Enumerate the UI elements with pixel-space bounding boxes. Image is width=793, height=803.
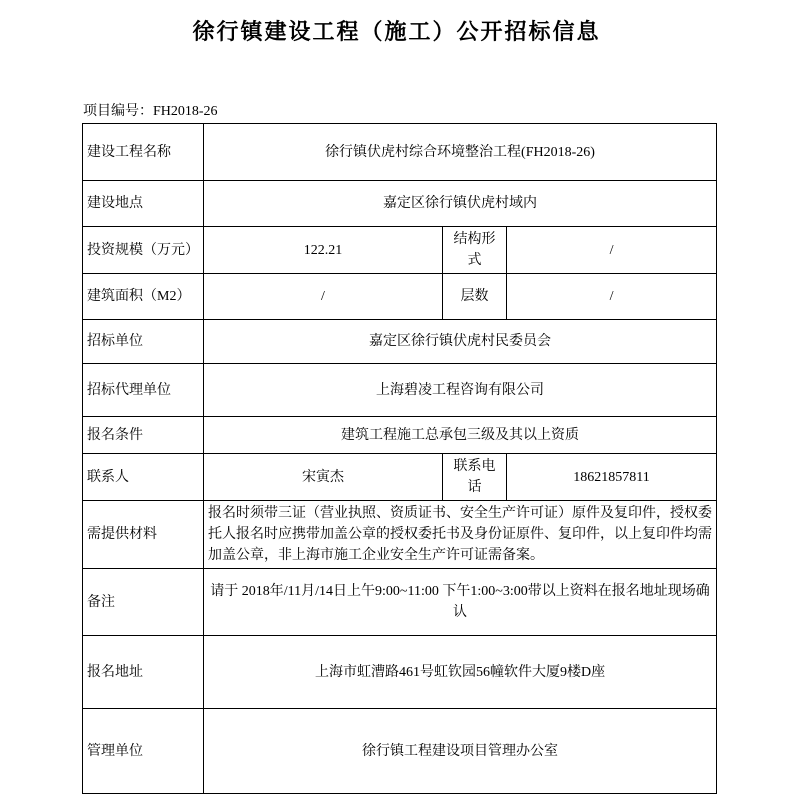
row-investment: 投资规模（万元） 122.21 结构形式 / xyxy=(83,227,717,274)
row-label: 报名地址 xyxy=(83,636,204,709)
row-value: 上海碧凌工程咨询有限公司 xyxy=(204,364,717,417)
row-management-unit: 管理单位 徐行镇工程建设项目管理办公室 xyxy=(83,709,717,794)
row-registration-address: 报名地址 上海市虹漕路461号虹钦园56幢软件大厦9楼D座 xyxy=(83,636,717,709)
row-value: 报名时须带三证（营业执照、资质证书、安全生产许可证）原件及复印件，授权委托人报名… xyxy=(204,501,717,569)
row-floor-area: 建筑面积（M2） / 层数 / xyxy=(83,274,717,320)
row-value: 上海市虹漕路461号虹钦园56幢软件大厦9楼D座 xyxy=(204,636,717,709)
project-number-line: 项目编号：FH2018-26 xyxy=(83,100,793,120)
row-label: 需提供材料 xyxy=(83,501,204,569)
row-registration-condition: 报名条件 建筑工程施工总承包三级及其以上资质 xyxy=(83,417,717,454)
row-value: 徐行镇工程建设项目管理办公室 xyxy=(204,709,717,794)
row-value: / xyxy=(204,274,443,320)
row-value: 122.21 xyxy=(204,227,443,274)
row-subvalue: 18621857811 xyxy=(507,454,717,501)
row-subvalue: / xyxy=(507,227,717,274)
row-contact: 联系人 宋寅杰 联系电话 18621857811 xyxy=(83,454,717,501)
row-sublabel: 层数 xyxy=(443,274,507,320)
row-value: 请于 2018年/11月/14日上午9:00~11:00 下午1:00~3:00… xyxy=(204,569,717,636)
row-sublabel: 联系电话 xyxy=(443,454,507,501)
project-number-value: FH2018-26 xyxy=(153,104,218,119)
row-label: 联系人 xyxy=(83,454,204,501)
row-project-name: 建设工程名称 徐行镇伏虎村综合环境整治工程(FH2018-26) xyxy=(83,124,717,181)
row-label: 建筑面积（M2） xyxy=(83,274,204,320)
row-label: 投资规模（万元） xyxy=(83,227,204,274)
row-value: 建筑工程施工总承包三级及其以上资质 xyxy=(204,417,717,454)
row-label: 招标单位 xyxy=(83,320,204,364)
row-subvalue: / xyxy=(507,274,717,320)
row-value: 嘉定区徐行镇伏虎村域内 xyxy=(204,181,717,227)
bid-info-table: 建设工程名称 徐行镇伏虎村综合环境整治工程(FH2018-26) 建设地点 嘉定… xyxy=(82,123,717,794)
page-title: 徐行镇建设工程（施工）公开招标信息 xyxy=(0,0,793,46)
row-agency: 招标代理单位 上海碧凌工程咨询有限公司 xyxy=(83,364,717,417)
row-label: 招标代理单位 xyxy=(83,364,204,417)
row-value: 嘉定区徐行镇伏虎村民委员会 xyxy=(204,320,717,364)
row-tender-unit: 招标单位 嘉定区徐行镇伏虎村民委员会 xyxy=(83,320,717,364)
row-sublabel: 结构形式 xyxy=(443,227,507,274)
row-remarks: 备注 请于 2018年/11月/14日上午9:00~11:00 下午1:00~3… xyxy=(83,569,717,636)
row-location: 建设地点 嘉定区徐行镇伏虎村域内 xyxy=(83,181,717,227)
row-label: 建设工程名称 xyxy=(83,124,204,181)
document-page: 徐行镇建设工程（施工）公开招标信息 项目编号：FH2018-26 建设工程名称 … xyxy=(0,0,793,803)
row-value: 徐行镇伏虎村综合环境整治工程(FH2018-26) xyxy=(204,124,717,181)
row-label: 备注 xyxy=(83,569,204,636)
row-materials: 需提供材料 报名时须带三证（营业执照、资质证书、安全生产许可证）原件及复印件，授… xyxy=(83,501,717,569)
row-label: 建设地点 xyxy=(83,181,204,227)
row-label: 管理单位 xyxy=(83,709,204,794)
project-number-label: 项目编号： xyxy=(83,104,153,119)
row-label: 报名条件 xyxy=(83,417,204,454)
row-value: 宋寅杰 xyxy=(204,454,443,501)
